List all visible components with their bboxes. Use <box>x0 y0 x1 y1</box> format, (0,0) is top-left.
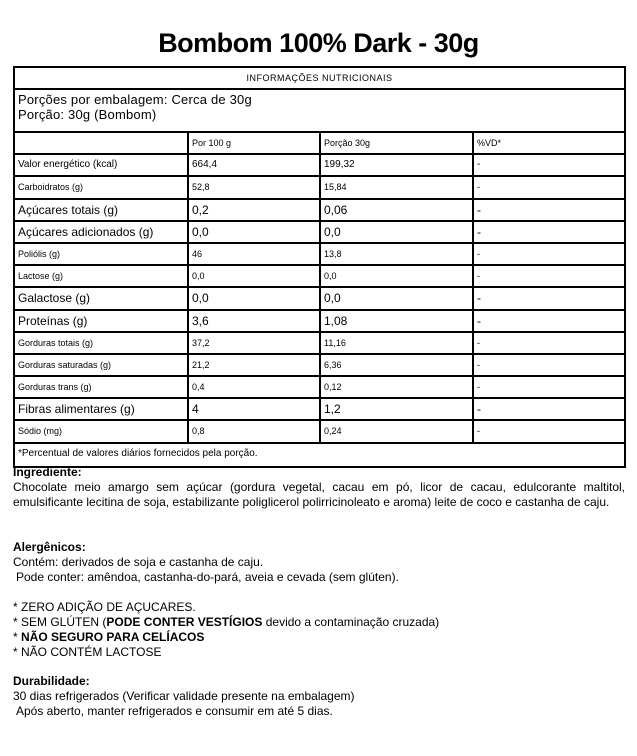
per-portion-value: 0,0 <box>321 266 474 286</box>
per-portion-value: 11,16 <box>321 333 474 353</box>
daily-value-percent: - <box>474 222 624 242</box>
nutrient-name: Galactose (g) <box>15 288 189 308</box>
ingredients-section: Ingrediente: Chocolate meio amargo sem a… <box>13 465 625 510</box>
durability-heading: Durabilidade: <box>13 674 625 689</box>
per-portion-value: 0,06 <box>321 200 474 220</box>
allergens-heading: Alergênicos: <box>13 540 625 555</box>
claim-lactose: * NÃO CONTÉM LACTOSE <box>13 645 625 660</box>
per-portion-value: 0,24 <box>321 421 474 441</box>
nutrient-name: Carboidratos (g) <box>15 177 189 197</box>
ingredients-text: Chocolate meio amargo sem açúcar (gordur… <box>13 480 625 510</box>
durability-section: Durabilidade: 30 dias refrigerados (Veri… <box>13 674 625 719</box>
claim-gluten-prefix: * SEM GLÚTEN ( <box>13 615 106 629</box>
table-row: Gorduras saturadas (g)21,26,36- <box>15 355 624 377</box>
per-100g-value: 0,0 <box>189 288 321 308</box>
nutrient-name: Açúcares adicionados (g) <box>15 222 189 242</box>
daily-value-percent: - <box>474 333 624 353</box>
nutrient-name: Gorduras totais (g) <box>15 333 189 353</box>
table-header: INFORMAÇÕES NUTRICIONAIS <box>15 68 624 90</box>
nutrient-name: Fibras alimentares (g) <box>15 399 189 419</box>
daily-value-percent: - <box>474 266 624 286</box>
per-100g-value: 664,4 <box>189 155 321 175</box>
daily-value-percent: - <box>474 155 624 175</box>
daily-value-percent: - <box>474 355 624 375</box>
claim-celiac-prefix: * <box>13 630 21 644</box>
ingredients-heading: Ingrediente: <box>13 465 625 480</box>
claim-gluten-bold: PODE CONTER VESTÍGIOS <box>106 615 262 629</box>
table-row: Lactose (g)0,00,0- <box>15 266 624 288</box>
product-title: Bombom 100% Dark - 30g <box>0 28 637 59</box>
per-portion-value: 199,32 <box>321 155 474 175</box>
per-100g-value: 0,0 <box>189 266 321 286</box>
table-row: Poliólis (g)4613,8- <box>15 244 624 266</box>
per-portion-value: 1,08 <box>321 311 474 331</box>
nutrient-name: Proteínas (g) <box>15 311 189 331</box>
column-header-row: Por 100 g Porção 30g %VD* <box>15 133 624 155</box>
column-header-nutrient <box>15 133 189 153</box>
per-portion-value: 6,36 <box>321 355 474 375</box>
per-portion-value: 0,0 <box>321 222 474 242</box>
daily-value-percent: - <box>474 377 624 397</box>
table-row: Valor energético (kcal)664,4199,32- <box>15 155 624 177</box>
nutrient-name: Gorduras saturadas (g) <box>15 355 189 375</box>
per-100g-value: 0,2 <box>189 200 321 220</box>
portion-info: Porções por embalagem: Cerca de 30g Porç… <box>15 90 624 133</box>
durability-line-2: Após aberto, manter refrigerados e consu… <box>13 704 625 719</box>
nutrition-facts-table: INFORMAÇÕES NUTRICIONAIS Porções por emb… <box>13 66 626 468</box>
daily-value-percent: - <box>474 288 624 308</box>
column-header-vd: %VD* <box>474 133 624 153</box>
per-100g-value: 0,4 <box>189 377 321 397</box>
daily-value-percent: - <box>474 311 624 331</box>
table-row: Sódio (mg)0,80,24- <box>15 421 624 443</box>
per-100g-value: 21,2 <box>189 355 321 375</box>
per-100g-value: 0,8 <box>189 421 321 441</box>
claim-gluten: * SEM GLÚTEN (PODE CONTER VESTÍGIOS devi… <box>13 615 625 630</box>
per-100g-value: 4 <box>189 399 321 419</box>
daily-value-percent: - <box>474 200 624 220</box>
nutrient-name: Açúcares totais (g) <box>15 200 189 220</box>
claim-zero-sugar: * ZERO ADIÇÃO DE AÇUCARES. <box>13 600 625 615</box>
per-portion-value: 15,84 <box>321 177 474 197</box>
per-portion-value: 13,8 <box>321 244 474 264</box>
allergens-contains: Contém: derivados de soja e castanha de … <box>13 555 625 570</box>
per-100g-value: 0,0 <box>189 222 321 242</box>
daily-value-percent: - <box>474 244 624 264</box>
allergens-section: Alergênicos: Contém: derivados de soja e… <box>13 540 625 585</box>
per-portion-value: 1,2 <box>321 399 474 419</box>
table-row: Carboidratos (g)52,815,84- <box>15 177 624 199</box>
table-footnote: *Percentual de valores diários fornecido… <box>15 444 624 466</box>
durability-line-1: 30 dias refrigerados (Verificar validade… <box>13 689 625 704</box>
table-row: Açúcares adicionados (g)0,00,0- <box>15 222 624 244</box>
daily-value-percent: - <box>474 399 624 419</box>
table-row: Fibras alimentares (g)41,2- <box>15 399 624 421</box>
per-100g-value: 37,2 <box>189 333 321 353</box>
per-portion-value: 0,12 <box>321 377 474 397</box>
per-portion-value: 0,0 <box>321 288 474 308</box>
column-header-portion: Porção 30g <box>321 133 474 153</box>
allergens-may-contain: Pode conter: amêndoa, castanha-do-pará, … <box>13 570 625 585</box>
per-100g-value: 3,6 <box>189 311 321 331</box>
nutrient-name: Gorduras trans (g) <box>15 377 189 397</box>
table-row: Açúcares totais (g)0,20,06- <box>15 200 624 222</box>
column-header-per100: Por 100 g <box>189 133 321 153</box>
per-100g-value: 46 <box>189 244 321 264</box>
table-row: Proteínas (g)3,61,08- <box>15 311 624 333</box>
portions-per-package: Porções por embalagem: Cerca de 30g <box>18 92 624 107</box>
daily-value-percent: - <box>474 421 624 441</box>
nutrient-name: Valor energético (kcal) <box>15 155 189 175</box>
claims-section: * ZERO ADIÇÃO DE AÇUCARES. * SEM GLÚTEN … <box>13 600 625 660</box>
claim-celiac: * NÃO SEGURO PARA CELÍACOS <box>13 630 625 645</box>
claim-gluten-suffix: devido a contaminação cruzada) <box>262 615 439 629</box>
table-row: Gorduras totais (g)37,211,16- <box>15 333 624 355</box>
table-row: Gorduras trans (g)0,40,12- <box>15 377 624 399</box>
portion-size: Porção: 30g (Bombom) <box>18 107 624 122</box>
claim-celiac-bold: NÃO SEGURO PARA CELÍACOS <box>21 630 204 644</box>
table-row: Galactose (g)0,00,0- <box>15 288 624 310</box>
nutrient-name: Poliólis (g) <box>15 244 189 264</box>
nutrient-name: Lactose (g) <box>15 266 189 286</box>
nutrient-name: Sódio (mg) <box>15 421 189 441</box>
per-100g-value: 52,8 <box>189 177 321 197</box>
daily-value-percent: - <box>474 177 624 197</box>
